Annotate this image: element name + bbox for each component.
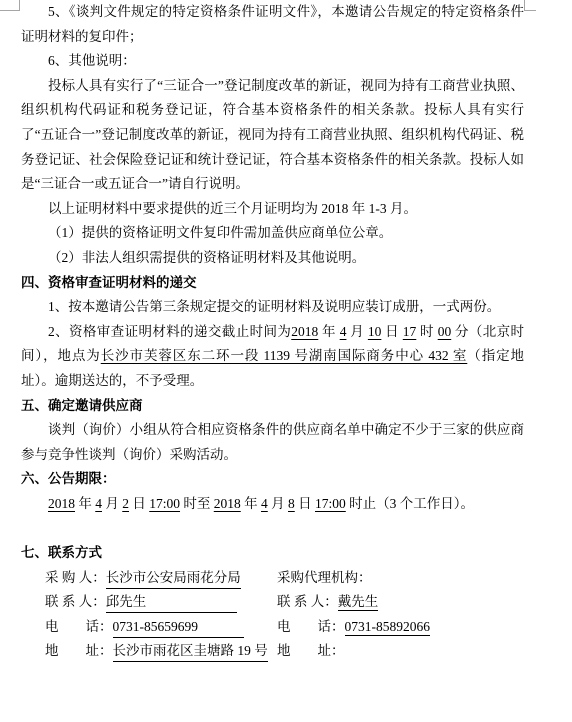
paragraph: （2）非法人组织需提供的资格证明材料及其他说明。 [21,246,524,271]
contact-value: 0731-85892066 [345,619,431,636]
contact-label: 联 系 人： [45,594,106,609]
text-run: 谈判（询价）小组从符合相应资格条件的供应商名单中确定不少于三家的供应商参与竞争性… [21,422,524,462]
underlined-field: 00 [438,324,452,339]
underlined-field: 4 [95,496,102,511]
contact-section: 采 购 人：长沙市公安局雨花分局采购代理机构：联 系 人：邱先生联 系 人：戴先… [21,566,524,664]
text-run: 投标人具有实行了“三证合一”登记制度改革的新证，视同为持有工商营业执照、组织机构… [21,78,524,191]
text-run: （1）提供的资格证明文件复印件需加盖供应商单位公章。 [48,225,392,240]
blank-line [21,516,524,541]
text-run: 时止（3 个工作日）。 [346,496,474,511]
paragraph: 投标人具有实行了“三证合一”登记制度改革的新证，视同为持有工商营业执照、组织机构… [21,74,524,197]
section-heading: 六、公告期限： [21,467,524,492]
underlined-field: 8 [288,496,295,511]
text-run: 以上证明材料中要求提供的近三个月证明均为 2018 年 1-3 月。 [48,201,417,216]
underlined-field: 2018 [291,324,318,339]
paragraph: 5、《谈判文件规定的特定资格条件证明文件》，本邀请公告规定的特定资格条件证明材料… [21,0,524,49]
contact-label: 电 话： [277,619,345,634]
text-run: 年 [318,324,339,339]
contact-value: 长沙市雨花区圭塘路 19 号 [113,641,268,662]
paragraph: 2、资格审查证明材料的递交截止时间为2018 年 4 月 10 日 17 时 0… [21,320,524,394]
contact-right-cell: 联 系 人：戴先生 [277,590,524,615]
contact-label: 采 购 人： [45,570,106,585]
paragraph: 以上证明材料中要求提供的近三个月证明均为 2018 年 1-3 月。 [21,197,524,222]
contact-label: 地 址： [277,643,345,658]
text-run: 月 [102,496,122,511]
paragraph: 谈判（询价）小组从符合相应资格条件的供应商名单中确定不少于三家的供应商参与竞争性… [21,418,524,467]
text-run: 时 [416,324,437,339]
paragraph: 1、按本邀请公告第三条规定提交的证明材料及说明应装订成册，一式两份。 [21,295,524,320]
text-run: 年 [75,496,95,511]
underlined-field: 17:00 [149,496,180,511]
contact-right-cell: 采购代理机构： [277,566,524,591]
document-page: 5、《谈判文件规定的特定资格条件证明文件》，本邀请公告规定的特定资格条件证明材料… [21,0,524,664]
text-run: 时至 [180,496,214,511]
text-run: 6、其他说明： [48,53,136,68]
contact-row: 电 话：0731-85659699电 话：0731-85892066 [21,615,524,640]
contact-value: 长沙市公安局雨花分局 [106,568,241,589]
underlined-field: 4 [261,496,268,511]
text-run: 七、联系方式 [21,545,102,560]
section-heading: 七、联系方式 [21,541,524,566]
underlined-field: 2018 [214,496,241,511]
underlined-field: 2018 [48,496,75,511]
contact-label: 地 址： [45,643,113,658]
underlined-field: 17 [403,324,417,339]
text-run: （2）非法人组织需提供的资格证明材料及其他说明。 [48,250,365,265]
contact-row: 地 址：长沙市雨花区圭塘路 19 号地 址： [21,639,524,664]
text-boundary-mark-top-left [0,0,20,11]
paragraph: 2018 年 4 月 2 日 17:00 时至 2018 年 4 月 8 日 1… [21,492,524,517]
text-run: 五、确定邀请供应商 [21,398,143,413]
contact-value: 邱先生 [106,592,237,613]
contact-right-cell: 地 址： [277,639,524,664]
text-run: 六、公告期限： [21,471,116,486]
contact-value: 戴先生 [338,594,379,611]
text-boundary-mark-top-right [524,0,536,11]
paragraph: 6、其他说明： [21,49,524,74]
contact-left-cell: 地 址：长沙市雨花区圭塘路 19 号 [21,639,277,664]
text-run: 日 [295,496,315,511]
section-heading: 五、确定邀请供应商 [21,394,524,419]
text-run: 四、资格审查证明材料的递交 [21,275,197,290]
contact-value: 0731-85659699 [113,617,244,638]
text-run: 1、按本邀请公告第三条规定提交的证明材料及说明应装订成册，一式两份。 [48,299,500,314]
paragraph: （1）提供的资格证明文件复印件需加盖供应商单位公章。 [21,221,524,246]
contact-left-cell: 电 话：0731-85659699 [21,615,277,640]
contact-label: 联 系 人： [277,594,338,609]
contact-left-cell: 联 系 人：邱先生 [21,590,277,615]
underlined-field: 17:00 [315,496,346,511]
text-run: 5、《谈判文件规定的特定资格条件证明文件》，本邀请公告规定的特定资格条件证明材料… [21,4,524,44]
underlined-field: 长沙市芙蓉区东二环一段 1139 号湖南国际商务中心 432 室 [101,348,468,363]
text-run: 日 [129,496,149,511]
contact-row: 联 系 人：邱先生联 系 人：戴先生 [21,590,524,615]
underlined-field: 2 [122,496,129,511]
text-run: 2、资格审查证明材料的递交截止时间为 [48,324,291,339]
text-run: 年 [241,496,261,511]
contact-label: 电 话： [45,619,113,634]
section-heading: 四、资格审查证明材料的递交 [21,271,524,296]
contact-label: 采购代理机构： [277,570,372,585]
contact-right-cell: 电 话：0731-85892066 [277,615,524,640]
text-run: 月 [268,496,288,511]
underlined-field: 10 [368,324,382,339]
contact-left-cell: 采 购 人：长沙市公安局雨花分局 [21,566,277,591]
text-run: 月 [346,324,367,339]
document-body: 5、《谈判文件规定的特定资格条件证明文件》，本邀请公告规定的特定资格条件证明材料… [21,0,524,566]
contact-row: 采 购 人：长沙市公安局雨花分局采购代理机构： [21,566,524,591]
text-run: 日 [381,324,402,339]
